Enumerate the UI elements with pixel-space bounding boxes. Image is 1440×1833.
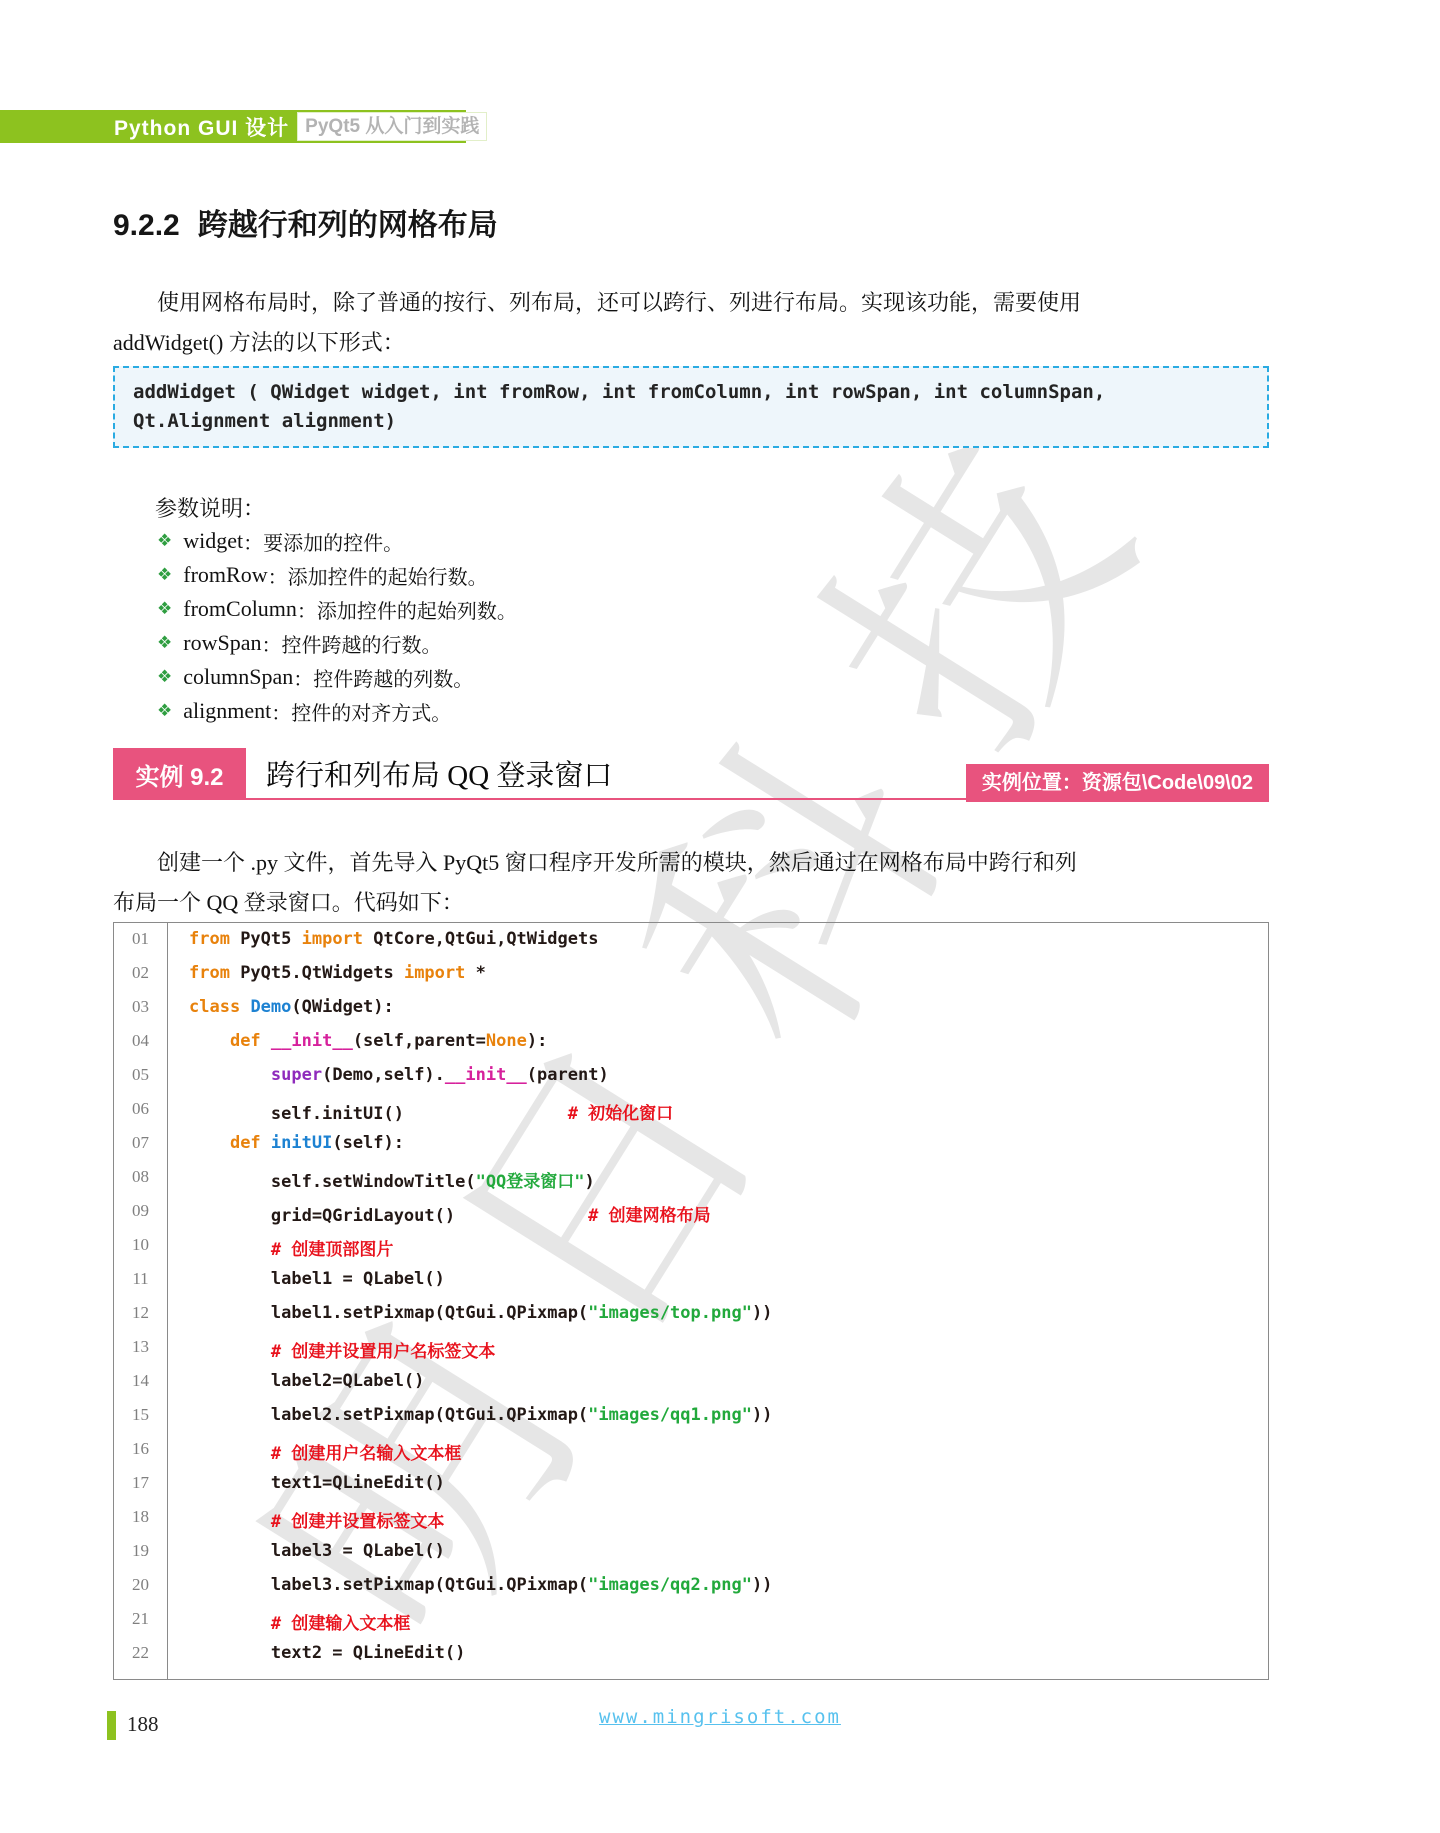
code-line: 02 from PyQt5.QtWidgets import *: [114, 963, 1268, 997]
code-line-number: 14: [114, 1371, 167, 1405]
param-term: columnSpan: [183, 664, 293, 690]
code-line-number: 18: [114, 1507, 167, 1541]
code-segment: [189, 1065, 271, 1085]
code-listing: 01 from PyQt5 import QtCore,QtGui,QtWidg…: [113, 922, 1269, 1680]
code-segment: (Demo,self).: [322, 1065, 445, 1085]
code-segment: (self):: [332, 1133, 404, 1153]
code-segment: "images/qq1.png": [588, 1405, 752, 1425]
code-line-content: def __init__(self,parent=None):: [167, 1031, 547, 1065]
code-segment: [189, 1133, 230, 1153]
section-title-text: 跨越行和列的网格布局: [198, 209, 498, 242]
code-line: 16 # 创建用户名输入文本框: [114, 1439, 1268, 1473]
code-segment: QtCore,QtGui,QtWidgets: [363, 929, 598, 949]
code-line-content: label3.setPixmap(QtGui.QPixmap("images/q…: [167, 1575, 772, 1609]
code-line-number: 17: [114, 1473, 167, 1507]
param-separator: ：: [271, 697, 291, 726]
code-line: 11 label1 = QLabel(): [114, 1269, 1268, 1303]
page-header-band: Python GUI 设计 PyQt5 从入门到实践: [0, 110, 466, 143]
code-segment: (parent): [527, 1065, 609, 1085]
book-page: 明日科技 Python GUI 设计 PyQt5 从入门到实践 9.2.2跨越行…: [0, 0, 1440, 1833]
body-line-2: 布局一个 QQ 登录窗口。代码如下：: [113, 883, 1269, 923]
code-line: 14 label2=QLabel(): [114, 1371, 1268, 1405]
diamond-bullet-icon: ❖: [157, 531, 172, 551]
page-content: Python GUI 设计 PyQt5 从入门到实践 9.2.2跨越行和列的网格…: [0, 0, 1440, 1833]
code-segment: PyQt5.QtWidgets: [230, 963, 404, 983]
code-segment: *: [465, 963, 485, 983]
code-line-number: 11: [114, 1269, 167, 1303]
code-segment: import: [404, 963, 465, 983]
example-badge: 实例 9.2: [113, 748, 246, 800]
code-segment: )): [752, 1575, 772, 1595]
code-line: 04 def __init__(self,parent=None):: [114, 1031, 1268, 1065]
param-list-item: ❖ alignment ： 控件的对齐方式。: [157, 694, 517, 728]
code-line-number: 19: [114, 1541, 167, 1575]
footer: www.mingrisoft.com: [0, 1706, 1440, 1728]
code-line: 13 # 创建并设置用户名标签文本: [114, 1337, 1268, 1371]
code-line-content: label3 = QLabel(): [167, 1541, 445, 1575]
code-segment: [240, 997, 250, 1017]
body-paragraph: 创建一个 .py 文件，首先导入 PyQt5 窗口程序开发所需的模块，然后通过在…: [113, 843, 1269, 923]
code-segment: label1 = QLabel(): [189, 1269, 445, 1289]
code-line: 18 # 创建并设置标签文本: [114, 1507, 1268, 1541]
book-series-title: Python GUI 设计: [114, 112, 289, 142]
example-location-badge: 实例位置：资源包\Code\09\02: [966, 764, 1269, 802]
code-line-content: from PyQt5 import QtCore,QtGui,QtWidgets: [167, 929, 598, 963]
code-segment: def: [230, 1031, 261, 1051]
param-term: alignment: [183, 698, 271, 724]
code-segment: super: [271, 1065, 322, 1085]
code-line-number: 04: [114, 1031, 167, 1065]
code-line: 15 label2.setPixmap(QtGui.QPixmap("image…: [114, 1405, 1268, 1439]
code-line-content: # 创建顶部图片: [167, 1235, 393, 1269]
code-segment: [189, 1031, 230, 1051]
code-segment: self.initUI(): [189, 1104, 568, 1124]
code-line-content: self.initUI() # 初始化窗口: [167, 1099, 673, 1133]
code-segment: [189, 1444, 271, 1464]
code-segment: [261, 1031, 271, 1051]
code-segment: "images/qq2.png": [588, 1575, 752, 1595]
diamond-bullet-icon: ❖: [157, 633, 172, 653]
code-segment: "images/top.png": [588, 1303, 752, 1323]
code-segment: grid=QGridLayout(): [189, 1206, 588, 1226]
code-line-number: 02: [114, 963, 167, 997]
param-list-item: ❖ rowSpan ： 控件跨越的行数。: [157, 626, 517, 660]
param-description: 控件跨越的列数。: [313, 663, 473, 692]
code-segment: # 初始化窗口: [568, 1104, 673, 1124]
code-line-content: label1.setPixmap(QtGui.QPixmap("images/t…: [167, 1303, 772, 1337]
code-line-content: # 创建并设置用户名标签文本: [167, 1337, 495, 1371]
param-description: 添加控件的起始列数。: [317, 595, 517, 624]
param-separator: ：: [261, 629, 281, 658]
param-list: ❖ widget ： 要添加的控件。 ❖ fromRow ： 添加控件的起始行数…: [157, 524, 517, 728]
code-segment: [189, 1240, 271, 1260]
code-segment: )): [752, 1303, 772, 1323]
code-line-content: def initUI(self):: [167, 1133, 404, 1167]
intro-line-2: addWidget() 方法的以下形式：: [113, 323, 1269, 363]
param-list-item: ❖ widget ： 要添加的控件。: [157, 524, 517, 558]
code-line-number: 07: [114, 1133, 167, 1167]
param-term: rowSpan: [183, 630, 261, 656]
code-line: 22 text2 = QLineEdit(): [114, 1643, 1268, 1677]
section-number: 9.2.2: [113, 209, 180, 242]
code-line: 20 label3.setPixmap(QtGui.QPixmap("image…: [114, 1575, 1268, 1609]
code-segment: def: [230, 1133, 261, 1153]
code-segment: class: [189, 997, 240, 1017]
code-segment: (self,parent=: [353, 1031, 486, 1051]
param-term: fromColumn: [183, 596, 297, 622]
gutter-divider: [167, 923, 168, 1679]
param-term: fromRow: [183, 562, 267, 588]
code-line-number: 01: [114, 929, 167, 963]
code-line-content: # 创建输入文本框: [167, 1609, 410, 1643]
code-line: 09 grid=QGridLayout() # 创建网格布局: [114, 1201, 1268, 1235]
param-description: 要添加的控件。: [263, 527, 403, 556]
code-segment: import: [302, 929, 363, 949]
code-segment: label3 = QLabel(): [189, 1541, 445, 1561]
code-segment: # 创建输入文本框: [271, 1614, 410, 1634]
code-segment: label2.setPixmap(QtGui.QPixmap(: [189, 1405, 588, 1425]
code-segment: (QWidget):: [291, 997, 393, 1017]
param-separator: ：: [297, 595, 317, 624]
code-line-content: super(Demo,self).__init__(parent): [167, 1065, 609, 1099]
signature-line-1: addWidget ( QWidget widget, int fromRow,…: [133, 378, 1249, 407]
code-segment: self.setWindowTitle(: [189, 1172, 476, 1192]
code-line-content: label1 = QLabel(): [167, 1269, 445, 1303]
intro-line-1: 使用网格布局时，除了普通的按行、列布局，还可以跨行、列进行布局。实现该功能，需要…: [113, 283, 1269, 323]
body-line-1: 创建一个 .py 文件，首先导入 PyQt5 窗口程序开发所需的模块，然后通过在…: [113, 843, 1269, 883]
code-line-number: 13: [114, 1337, 167, 1371]
diamond-bullet-icon: ❖: [157, 701, 172, 721]
code-segment: [261, 1133, 271, 1153]
code-line-number: 10: [114, 1235, 167, 1269]
code-segment: # 创建并设置用户名标签文本: [271, 1342, 495, 1362]
param-separator: ：: [268, 561, 288, 590]
section-heading: 9.2.2跨越行和列的网格布局: [113, 200, 498, 244]
param-list-item: ❖ columnSpan ： 控件跨越的列数。: [157, 660, 517, 694]
code-line: 08 self.setWindowTitle("QQ登录窗口"): [114, 1167, 1268, 1201]
code-line: 21 # 创建输入文本框: [114, 1609, 1268, 1643]
code-segment: label2=QLabel(): [189, 1371, 424, 1391]
diamond-bullet-icon: ❖: [157, 667, 172, 687]
code-line-content: grid=QGridLayout() # 创建网格布局: [167, 1201, 711, 1235]
param-separator: ：: [243, 527, 263, 556]
code-segment: __init__: [271, 1031, 353, 1051]
code-line: 12 label1.setPixmap(QtGui.QPixmap("image…: [114, 1303, 1268, 1337]
code-segment: __init__: [445, 1065, 527, 1085]
code-line: 07 def initUI(self):: [114, 1133, 1268, 1167]
code-segment: from: [189, 929, 230, 949]
code-line: 10 # 创建顶部图片: [114, 1235, 1268, 1269]
intro-paragraph: 使用网格布局时，除了普通的按行、列布局，还可以跨行、列进行布局。实现该功能，需要…: [113, 283, 1269, 363]
code-line-number: 21: [114, 1609, 167, 1643]
code-segment: ): [585, 1172, 595, 1192]
param-list-item: ❖ fromColumn ： 添加控件的起始列数。: [157, 592, 517, 626]
code-segment: label1.setPixmap(QtGui.QPixmap(: [189, 1303, 588, 1323]
code-segment: text2 = QLineEdit(): [189, 1643, 465, 1663]
param-separator: ：: [293, 663, 313, 692]
code-line-content: from PyQt5.QtWidgets import *: [167, 963, 486, 997]
code-line-number: 06: [114, 1099, 167, 1133]
code-line: 01 from PyQt5 import QtCore,QtGui,QtWidg…: [114, 929, 1268, 963]
code-line-content: self.setWindowTitle("QQ登录窗口"): [167, 1167, 595, 1201]
param-description: 控件跨越的行数。: [281, 629, 441, 658]
code-segment: # 创建网格布局: [588, 1206, 710, 1226]
code-line-number: 03: [114, 997, 167, 1031]
code-segment: Demo: [250, 997, 291, 1017]
code-line-content: label2.setPixmap(QtGui.QPixmap("images/q…: [167, 1405, 772, 1439]
code-segment: # 创建用户名输入文本框: [271, 1444, 461, 1464]
example-banner: 实例 9.2 跨行和列布局 QQ 登录窗口 实例位置：资源包\Code\09\0…: [113, 748, 1269, 800]
code-line-number: 15: [114, 1405, 167, 1439]
code-segment: [189, 1512, 271, 1532]
code-segment: from: [189, 963, 230, 983]
code-line: 03 class Demo(QWidget):: [114, 997, 1268, 1031]
code-segment: label3.setPixmap(QtGui.QPixmap(: [189, 1575, 588, 1595]
code-segment: initUI: [271, 1133, 332, 1153]
code-segment: # 创建顶部图片: [271, 1240, 393, 1260]
code-line-content: # 创建用户名输入文本框: [167, 1439, 461, 1473]
code-line: 19 label3 = QLabel(): [114, 1541, 1268, 1575]
code-line-number: 08: [114, 1167, 167, 1201]
code-segment: [189, 1614, 271, 1634]
code-line-content: text1=QLineEdit(): [167, 1473, 445, 1507]
code-line-number: 05: [114, 1065, 167, 1099]
book-subtitle: PyQt5 从入门到实践: [297, 112, 487, 141]
code-line-number: 09: [114, 1201, 167, 1235]
code-line-content: # 创建并设置标签文本: [167, 1507, 444, 1541]
code-line-number: 22: [114, 1643, 167, 1677]
param-description: 控件的对齐方式。: [291, 697, 451, 726]
code-line-content: class Demo(QWidget):: [167, 997, 394, 1031]
code-segment: PyQt5: [230, 929, 302, 949]
code-segment: None: [486, 1031, 527, 1051]
params-heading: 参数说明：: [155, 492, 265, 523]
code-segment: # 创建并设置标签文本: [271, 1512, 444, 1532]
code-line-content: label2=QLabel(): [167, 1371, 424, 1405]
example-title: 跨行和列布局 QQ 登录窗口: [266, 753, 612, 794]
code-line: 05 super(Demo,self).__init__(parent): [114, 1065, 1268, 1099]
diamond-bullet-icon: ❖: [157, 565, 172, 585]
code-segment: ):: [527, 1031, 547, 1051]
diamond-bullet-icon: ❖: [157, 599, 172, 619]
code-segment: [189, 1342, 271, 1362]
code-line-content: text2 = QLineEdit(): [167, 1643, 465, 1677]
signature-line-2: Qt.Alignment alignment): [133, 407, 1249, 436]
code-line: 17 text1=QLineEdit(): [114, 1473, 1268, 1507]
code-line-number: 12: [114, 1303, 167, 1337]
param-description: 添加控件的起始行数。: [288, 561, 488, 590]
code-line: 06 self.initUI() # 初始化窗口: [114, 1099, 1268, 1133]
code-segment: text1=QLineEdit(): [189, 1473, 445, 1493]
code-segment: "QQ登录窗口": [476, 1172, 585, 1192]
method-signature-box: addWidget ( QWidget widget, int fromRow,…: [113, 366, 1269, 448]
code-line-number: 16: [114, 1439, 167, 1473]
param-list-item: ❖ fromRow ： 添加控件的起始行数。: [157, 558, 517, 592]
code-line-number: 20: [114, 1575, 167, 1609]
publisher-url-link[interactable]: www.mingrisoft.com: [599, 1706, 841, 1728]
param-term: widget: [183, 528, 243, 554]
code-segment: )): [752, 1405, 772, 1425]
